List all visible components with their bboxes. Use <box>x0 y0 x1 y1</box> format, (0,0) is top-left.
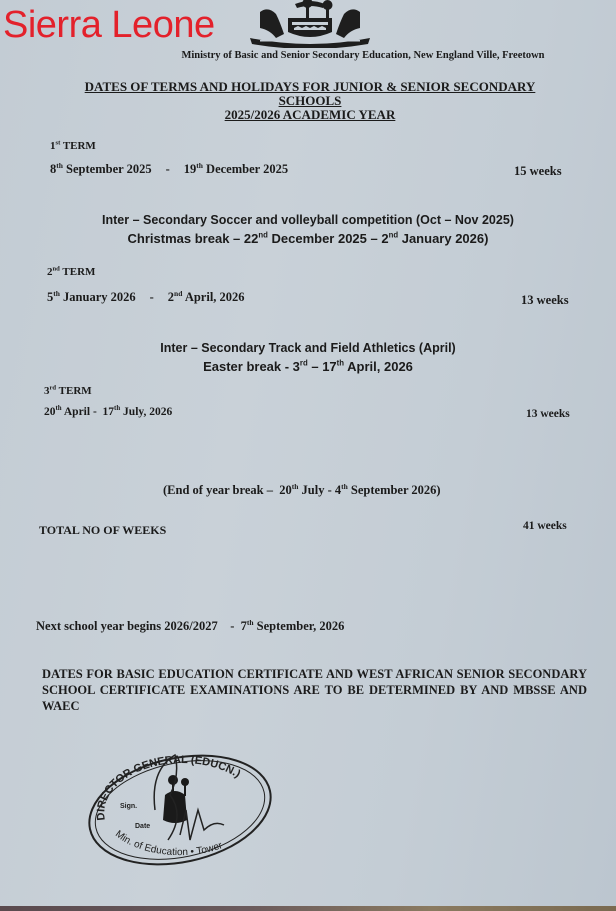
svg-text:Min. of Education • Tower: Min. of Education • Tower <box>113 829 224 858</box>
next-school-year: Next school year begins 2026/2027 - 7th … <box>36 619 344 634</box>
term-word: TERM <box>60 266 96 278</box>
ordinal-suffix: th <box>196 161 203 170</box>
term-1-dates: 8th September 2025-19th December 2025 <box>50 162 288 177</box>
term-1-weeks: 15 weeks <box>514 164 562 179</box>
term-1-competition: Inter – Secondary Soccer and volleyball … <box>0 213 616 227</box>
term-2-label: 2nd TERM <box>47 266 95 278</box>
ordinal-suffix: nd <box>53 265 60 272</box>
ordinal-suffix: th <box>337 359 344 368</box>
end-month: July, 2026 <box>120 406 172 418</box>
term-2-competition: Inter – Secondary Track and Field Athlet… <box>0 341 616 355</box>
stamp-date-label: Date <box>135 823 150 830</box>
term-2-weeks: 13 weeks <box>521 293 569 308</box>
coat-of-arms-icon <box>240 0 380 48</box>
term-word: TERM <box>56 385 92 397</box>
ordinal-suffix: nd <box>258 231 268 240</box>
break-text: July - 4 <box>298 483 341 497</box>
total-weeks-label: TOTAL NO OF WEEKS <box>39 523 166 538</box>
end-day: 17 <box>103 406 115 418</box>
term-3-label: 3rd TERM <box>44 385 92 397</box>
document-page: Sierra Leone Ministry of Basic and Senio… <box>0 0 616 907</box>
ordinal-suffix: th <box>247 618 254 627</box>
end-of-year-break: (End of year break – 20th July - 4th Sep… <box>163 483 441 498</box>
ordinal-suffix: th <box>341 482 348 491</box>
break-text: Easter break - 3 <box>203 359 300 374</box>
stamp-bottom-text: Min. of Education • Tower <box>113 829 224 858</box>
start-month: January 2026 <box>60 290 136 304</box>
start-month: September 2025 <box>63 162 152 176</box>
christmas-break: Christmas break – 22nd December 2025 – 2… <box>0 231 616 246</box>
brand-watermark: Sierra Leone <box>3 6 215 44</box>
ordinal-suffix: nd <box>389 231 399 240</box>
break-text: (End of year break – 20 <box>163 483 292 497</box>
break-text: Christmas break – 22 <box>128 231 259 246</box>
term-1-label: 1st TERM <box>50 140 96 152</box>
ordinal-suffix: rd <box>300 359 308 368</box>
end-month: April, 2026 <box>182 290 244 304</box>
ordinal-suffix: th <box>53 289 60 298</box>
title-line-1: DATES OF TERMS AND HOLIDAYS FOR JUNIOR &… <box>60 80 560 94</box>
document-title: DATES OF TERMS AND HOLIDAYS FOR JUNIOR &… <box>60 80 560 122</box>
ministry-address: Ministry of Basic and Senior Secondary E… <box>0 50 616 61</box>
break-text: April, 2026 <box>344 359 413 374</box>
break-text: December 2025 – 2 <box>268 231 389 246</box>
title-line-2: SCHOOLS <box>60 94 560 108</box>
term-2-dates: 5th January 2026-2nd April, 2026 <box>47 290 245 305</box>
ordinal-suffix: th <box>56 161 63 170</box>
term-3-dates: 20th April - 17th July, 2026 <box>44 406 172 418</box>
floor-edge <box>0 906 616 911</box>
official-stamp-icon: DIRECTOR GENERAL (EDUCN.) Min. of Educat… <box>80 740 280 870</box>
break-text: September 2026) <box>348 483 441 497</box>
end-day: 19 <box>184 162 197 176</box>
next-year-text: Next school year begins 2026/2027 - 7 <box>36 619 247 633</box>
next-year-text: September, 2026 <box>254 619 345 633</box>
title-line-3: 2025/2026 ACADEMIC YEAR <box>60 108 560 122</box>
date-separator: - <box>166 162 170 177</box>
end-month: December 2025 <box>203 162 288 176</box>
stamp-sign-label: Sign. <box>120 803 137 810</box>
break-text: – 17 <box>308 359 337 374</box>
total-weeks-value: 41 weeks <box>523 520 567 532</box>
easter-break: Easter break - 3rd – 17th April, 2026 <box>0 359 616 374</box>
exam-dates-note: DATES FOR BASIC EDUCATION CERTIFICATE AN… <box>42 666 587 714</box>
term-3-weeks: 13 weeks <box>526 408 570 420</box>
start-day: 20 <box>44 406 56 418</box>
start-month: April - <box>62 406 103 418</box>
term-word: TERM <box>60 140 96 152</box>
date-separator: - <box>150 290 154 305</box>
break-text: January 2026) <box>398 231 488 246</box>
